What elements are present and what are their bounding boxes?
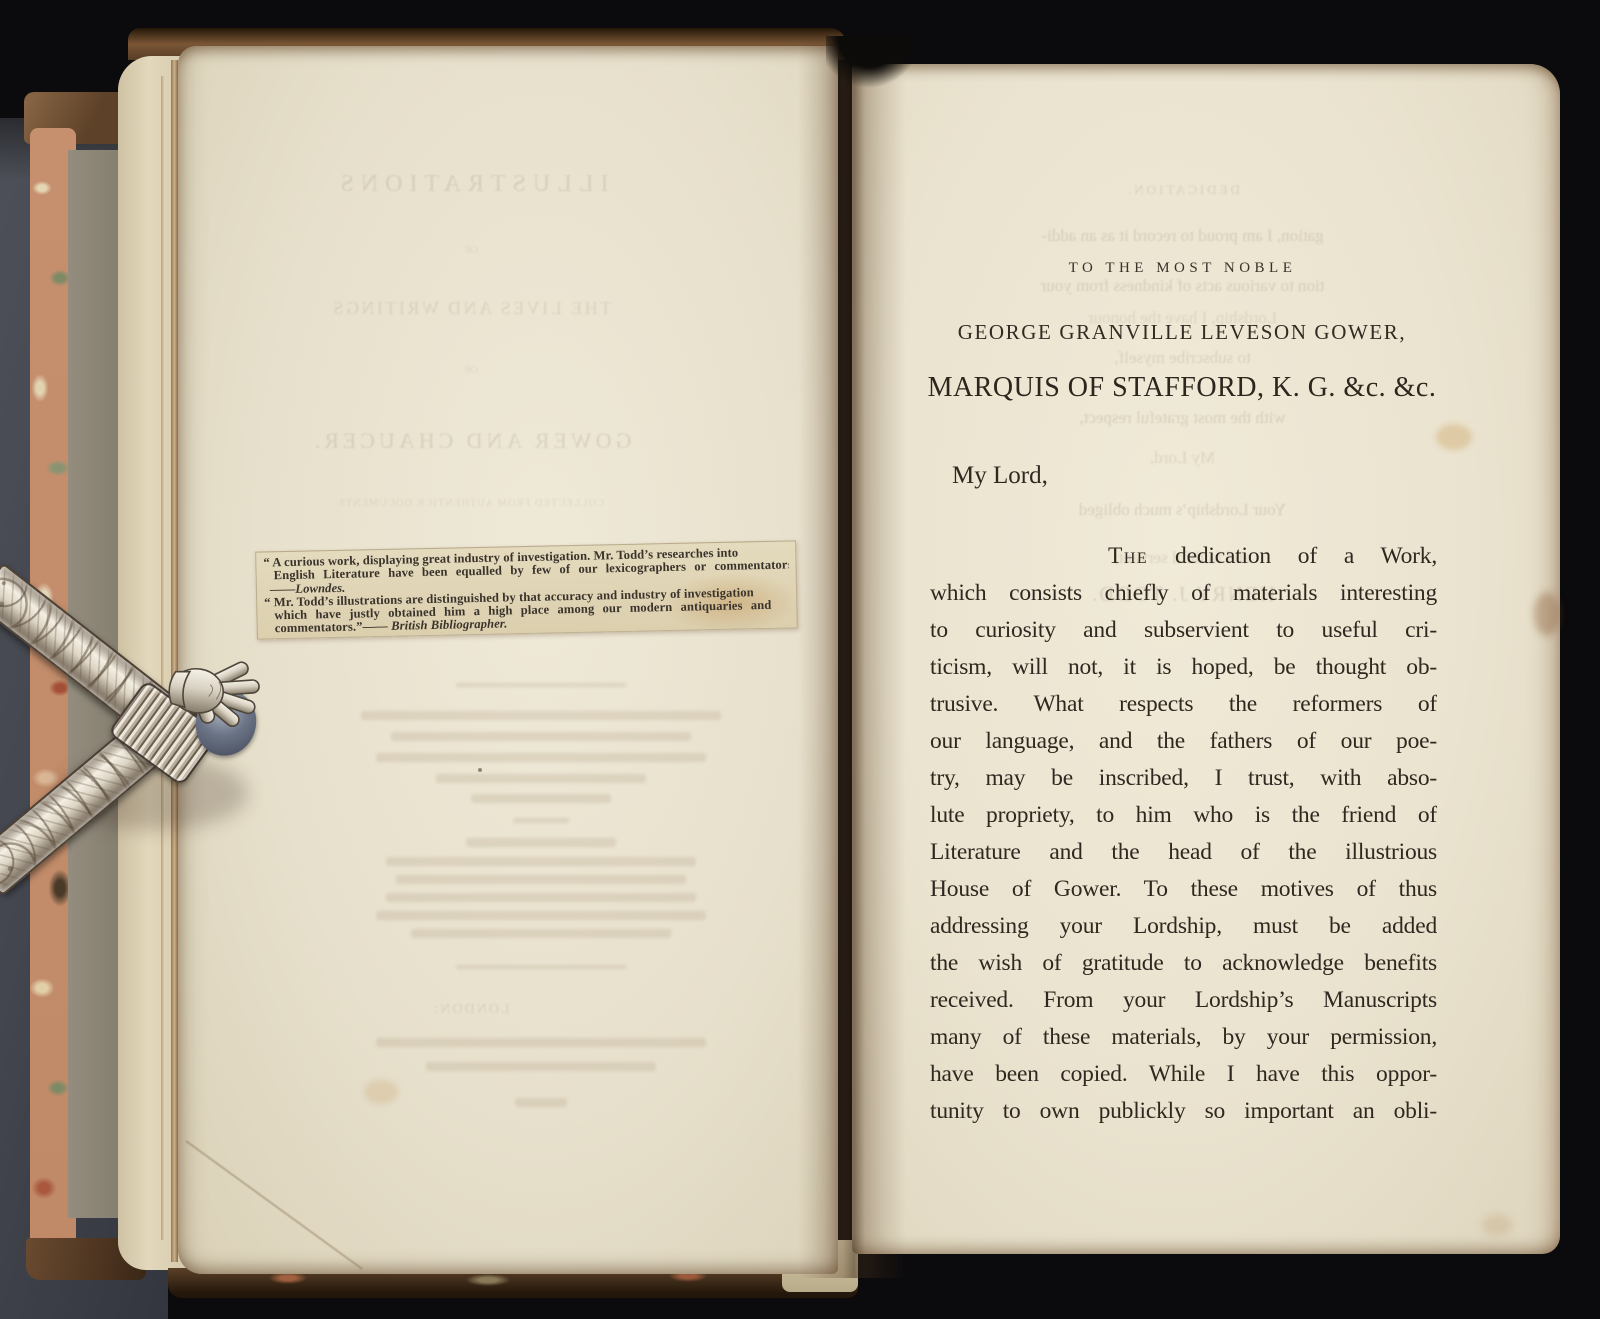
paragraph-line: House of Gower. To these motives of thus [930, 871, 1437, 908]
showthrough-line: tion to various acts of kindness from yo… [930, 276, 1435, 296]
showthrough-verse-line [436, 774, 646, 783]
paragraph-line-text: dedication of a Work, [1148, 543, 1437, 569]
showthrough-imprint-line [426, 1062, 656, 1071]
showthrough-verse-line [466, 838, 616, 847]
showthrough-attribution [471, 794, 611, 803]
pasted-clipping: “ A curious work, displaying great indus… [255, 540, 798, 639]
showthrough-verse-line [391, 732, 691, 741]
showthrough-verse-line [386, 857, 696, 866]
photo-open-antique-book: ILLUSTRATIONS OF THE LIVES AND WRITINGS … [0, 0, 1600, 1319]
paragraph-line: have been copied. While I have this oppo… [930, 1056, 1437, 1093]
edge-stain [1534, 592, 1560, 636]
paragraph-line: many of these materials, by your permiss… [930, 1019, 1437, 1056]
foxing-spot [1482, 1214, 1512, 1236]
attribution-dash: —— [270, 581, 296, 596]
page-crease [185, 1140, 363, 1270]
lead-word: The [1108, 543, 1148, 569]
showthrough-imprint-line [376, 1038, 706, 1047]
showthrough-title: ILLUSTRATIONS [231, 171, 711, 198]
dedication-addressee-title: MARQUIS OF STAFFORD, K. G. &c. &c. [907, 372, 1457, 404]
showthrough-of: OF [231, 244, 711, 256]
paragraph-line: try, may be inscribed, I trust, with abs… [930, 760, 1437, 797]
showthrough-line: gation, I am proud to record it as an ad… [930, 226, 1435, 246]
showthrough-collected-line: COLLECTED FROM AUTHENTICK DOCUMENTS [231, 498, 711, 509]
paragraph-line: trusive. What respects the reformers of [930, 686, 1437, 723]
showthrough-line: with the most grateful respect, [930, 408, 1435, 428]
showthrough-subtitle: THE LIVES AND WRITINGS [231, 298, 711, 319]
dedication-addressee-name: GEORGE GRANVILLE LEVESON GOWER, [912, 320, 1452, 345]
showthrough-of: OF [231, 364, 711, 376]
showthrough-verse-line [411, 929, 671, 938]
gutter-top-shadow [826, 36, 912, 88]
paragraph-line: to curiosity and subservient to useful c… [930, 612, 1437, 649]
attribution-source: British Bibliographer. [391, 617, 508, 633]
showthrough-verse-line [386, 893, 696, 902]
dedication-addressee-intro: TO THE MOST NOBLE [930, 260, 1435, 277]
showthrough-rule [456, 683, 626, 687]
paragraph-line: ticism, will not, it is hoped, be though… [930, 649, 1437, 686]
dedication-paragraph: The dedication of a Work, which consists… [930, 538, 1437, 1130]
showthrough-line: Your Lordship’s much obliged [930, 500, 1435, 520]
clip-hand-ornament [150, 620, 289, 754]
ink-speck [478, 768, 482, 772]
showthrough-imprint: LONDON: [231, 1002, 711, 1018]
paragraph-line: received. From your Lordship’s Manuscrip… [930, 982, 1437, 1019]
showthrough-verse-line [376, 753, 706, 762]
showthrough-header: DEDICATION. [930, 182, 1435, 198]
paragraph-line: our language, and the fathers of our poe… [930, 723, 1437, 760]
showthrough-dash [513, 818, 569, 823]
showthrough-rule [456, 965, 626, 969]
showthrough-year [515, 1098, 567, 1107]
showthrough-verse-line [376, 911, 706, 920]
foxing-spot [364, 1080, 398, 1104]
paragraph-line: the wish of gratitude to acknowledge ben… [930, 945, 1437, 982]
attribution-lead: commentators.”—— [275, 619, 392, 635]
showthrough-verse-line [396, 875, 686, 884]
showthrough-verse-line [361, 711, 721, 720]
paragraph-line: tunity to own publickly so important an … [930, 1093, 1437, 1130]
foxing-spot [1436, 424, 1472, 450]
attribution-source: Lowndes. [295, 580, 345, 595]
paragraph-line: which consists chiefly of materials inte… [930, 575, 1437, 612]
showthrough-author-line: GOWER AND CHAUCER. [231, 428, 711, 454]
paragraph-line: addressing your Lordship, must be added [930, 908, 1437, 945]
showthrough-line: to subscribe myself, [930, 348, 1435, 368]
paragraph-line: The dedication of a Work, [930, 538, 1437, 575]
salutation: My Lord, [952, 462, 1048, 490]
left-page-showthrough: ILLUSTRATIONS OF THE LIVES AND WRITINGS … [231, 46, 711, 1274]
right-page: DEDICATION. gation, I am proud to record… [852, 64, 1560, 1254]
paragraph-line: lute propriety, to him who is the friend… [930, 797, 1437, 834]
paragraph-line: Literature and the head of the illustrio… [930, 834, 1437, 871]
